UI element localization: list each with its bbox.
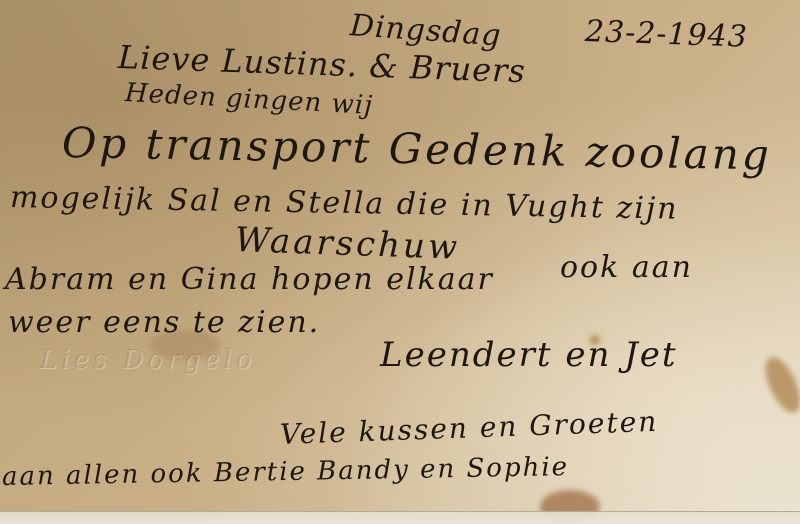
embossed-text: Lies Dorgelo bbox=[40, 345, 256, 375]
body-line-2: Op transport Gedenk zoolang bbox=[62, 118, 773, 179]
date-value: 23-2-1943 bbox=[584, 14, 748, 55]
insert-mark-line: ook aan bbox=[560, 250, 693, 285]
postcard-photo: Lies Dorgelo Dingsdag 23-2-1943 Lieve Lu… bbox=[0, 0, 800, 524]
body-line-6: weer eens te zien. bbox=[8, 305, 320, 340]
closing-line-2: aan allen ook Bertie Bandy en Sophie bbox=[2, 452, 570, 492]
signature: Leendert en Jet bbox=[380, 335, 678, 375]
closing-line-1: Vele kussen en Groeten bbox=[279, 405, 658, 451]
body-line-3: mogelijk Sal en Stella die in Vught zijn bbox=[10, 180, 679, 227]
rust-stain bbox=[759, 352, 800, 417]
body-line-5: Abram en Gina hopen elkaar bbox=[5, 262, 494, 297]
card-bottom-edge bbox=[0, 511, 800, 524]
body-line-4: Waarschuw bbox=[234, 220, 460, 268]
body-line-1: Heden gingen wij bbox=[124, 78, 374, 121]
